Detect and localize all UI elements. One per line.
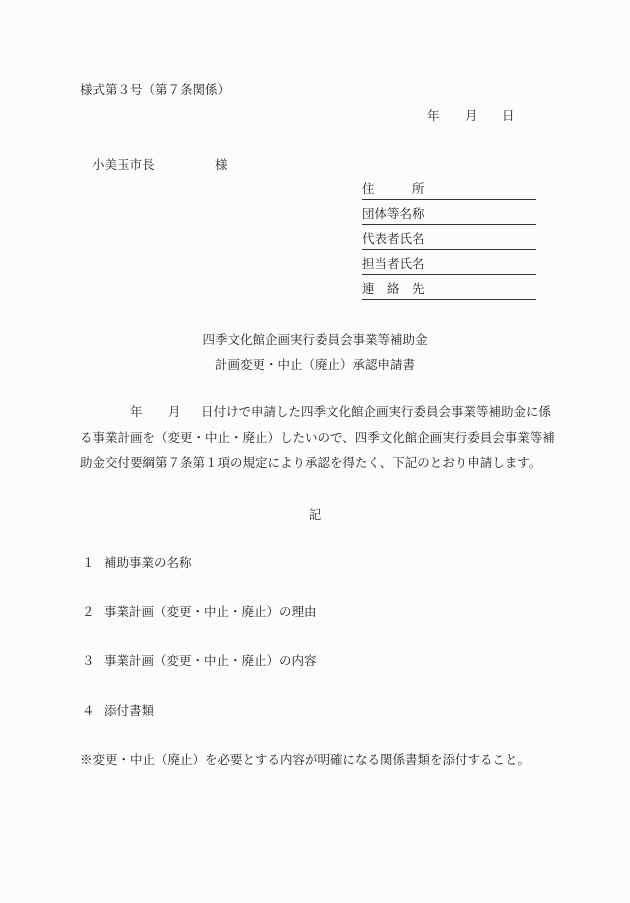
contact-person-name-field[interactable]: 担当者氏名 xyxy=(362,256,536,275)
document-title-line1: 四季文化館企画実行委員会事業等補助金 xyxy=(0,332,630,348)
item-text: 添付書類 xyxy=(104,703,154,719)
addressee-honorific: 様 xyxy=(215,157,228,173)
contact-person-name-label: 担当者氏名 xyxy=(362,256,425,272)
representative-name-field[interactable]: 代表者氏名 xyxy=(362,231,536,250)
organization-name-field[interactable]: 団体等名称 xyxy=(362,206,536,225)
body-line-2: る事業計画を（変更・中止・廃止）したいので、四季文化館企画実行委員会事業等補 xyxy=(80,430,555,446)
addressee-name: 小美玉市長 xyxy=(92,157,155,173)
item-text: 補助事業の名称 xyxy=(104,555,192,571)
representative-name-label: 代表者氏名 xyxy=(362,231,425,247)
body-line-3: 助金交付要綱第７条第１項の規定により承認を得たく、下記のとおり申請します。 xyxy=(80,455,541,471)
body-year-label: 年 xyxy=(130,404,143,420)
item-number: ４ xyxy=(82,703,95,719)
ki-heading: 記 xyxy=(0,507,630,523)
date-day-label: 日 xyxy=(502,108,515,124)
contact-info-field[interactable]: 連 絡 先 xyxy=(362,281,536,300)
date-year-label: 年 xyxy=(427,108,440,124)
item-number: ３ xyxy=(82,653,95,669)
form-number: 様式第３号（第７条関係） xyxy=(80,82,230,98)
document-title-line2: 計画変更・中止（廃止）承認申請書 xyxy=(0,357,630,373)
item-text: 事業計画（変更・中止・廃止）の理由 xyxy=(104,604,317,620)
address-field[interactable]: 住 所 xyxy=(362,181,536,200)
address-label: 住 所 xyxy=(362,181,425,197)
date-month-label: 月 xyxy=(465,108,478,124)
body-line-1-text: 日付けで申請した四季文化館企画実行委員会事業等補助金に係 xyxy=(201,404,551,420)
item-text: 事業計画（変更・中止・廃止）の内容 xyxy=(104,653,317,669)
contact-info-label: 連 絡 先 xyxy=(362,281,425,297)
organization-name-label: 団体等名称 xyxy=(362,206,425,222)
item-number: ２ xyxy=(82,604,95,620)
item-number: １ xyxy=(82,555,95,571)
body-month-label: 月 xyxy=(168,404,181,420)
attachment-note: ※変更・中止（廃止）を必要とする内容が明確になる関係書類を添付すること。 xyxy=(80,752,530,768)
